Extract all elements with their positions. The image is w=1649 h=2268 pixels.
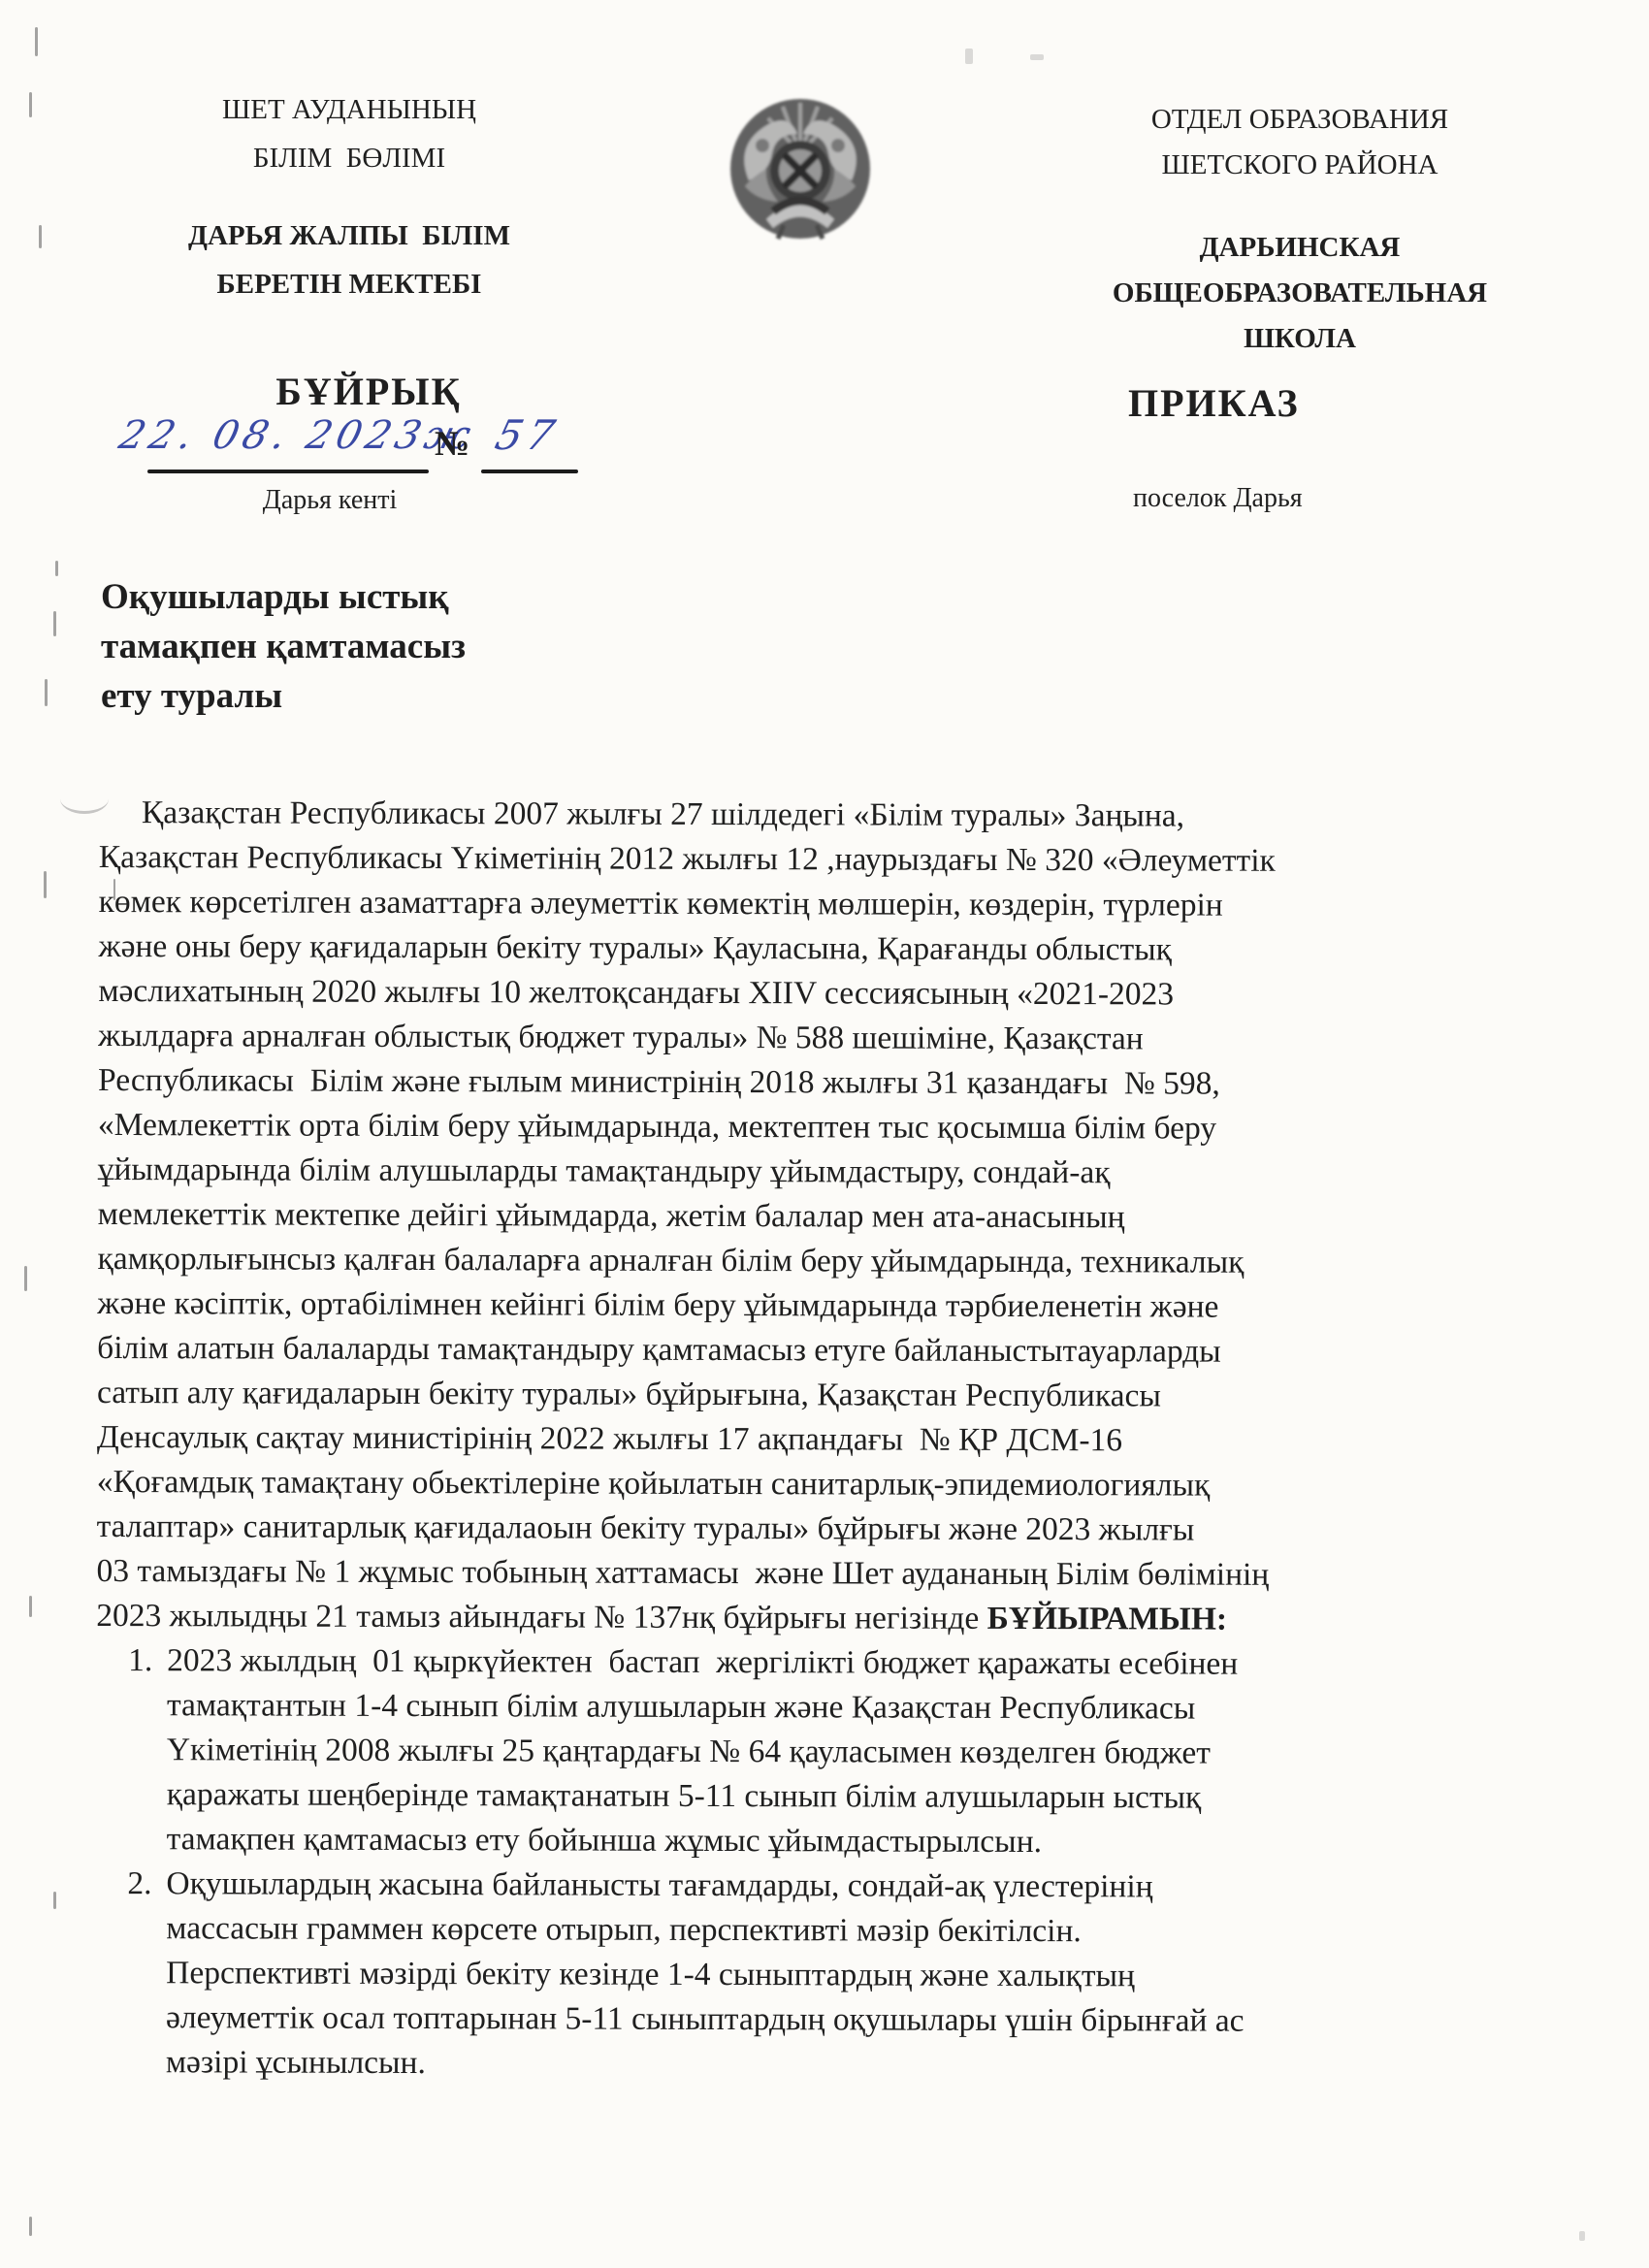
body-line: талаптар» санитарлық қағидалаоын бекіту … [97,1505,1573,1554]
item-line: 1.2023 жылдың 01 қыркүйектен бастап жерг… [96,1638,1572,1688]
body-line: «Мемлекеттік орта білім беру ұйымдарында… [98,1103,1574,1152]
order-date-number-row: 22. 08. 2023ж № 57 [97,413,679,481]
school-name-kz-line1: ДАРЬЯ ЖАЛПЫ БІЛІМ [107,211,592,260]
item-line: Үкіметінің 2008 жылғы 25 қаңтардағы № 64… [96,1728,1572,1777]
scan-artifact [35,27,38,56]
body-line: жылдарға арналған облыстық бюджет туралы… [98,1014,1574,1063]
body-line: Денсаулық сақтау министірінің 2022 жылғы… [97,1415,1573,1465]
item-line: тамақпен қамтамасыз ету бойынша жұмыс ұй… [96,1817,1572,1866]
order-item-1: 1.2023 жылдың 01 қыркүйектен бастап жерг… [96,1638,1573,1866]
body-line: 03 тамыздағы № 1 жұмыс тобының хаттамасы… [96,1549,1572,1599]
body-line: мемлекеттік мектепке дейігі ұйымдарда, ж… [98,1192,1574,1242]
body-line: және оны беру қағидаларын бекіту туралы»… [98,924,1574,974]
order-item-2: 2.Оқушылардың жасына байланысты тағамдар… [95,1862,1572,2090]
school-name-ru-line1: ДАРЬИНСКАЯ [1023,225,1576,271]
item-line: мәзірі ұсынылсын. [95,2040,1571,2090]
body-line: мәслихатының 2020 жылғы 10 желтоқсандағы… [98,969,1574,1019]
item-text: 2023 жылдың 01 қыркүйектен бастап жергіл… [167,1642,1238,1681]
org-header-kazakh: ШЕТ АУДАНЫНЫҢ БІЛІМ БӨЛІМІ ДАРЬЯ ЖАЛПЫ Б… [107,85,592,308]
body-line: сатып алу қағидаларын бекіту туралы» бұй… [97,1371,1573,1420]
item-line: тамақтантын 1-4 сынып білім алушыларын ж… [96,1683,1572,1733]
body-closing-line: 2023 жылыдңы 21 тамыз айындағы № 137нқ б… [96,1594,1572,1643]
body-line: Республикасы Білім және ғылым министріні… [98,1058,1574,1108]
scan-artifact [45,679,48,706]
date-underline [147,470,429,473]
department-name-ru-line2: ШЕТСКОГО РАЙОНА [1023,143,1576,188]
order-body: Қазақстан Республикасы 2007 жылғы 27 шіл… [95,791,1575,2090]
school-name-ru-line2: ОБЩЕОБРАЗОВАТЕЛЬНАЯ [1023,271,1576,316]
scan-artifact [55,561,58,576]
body-line: қамқорлығынсыз қалған балаларға арналған… [97,1237,1573,1286]
scan-artifact [24,1266,27,1291]
subject-line: ету туралы [101,671,466,721]
scan-artifact [965,49,973,64]
body-line: ұйымдарында білім алушыларды тамақтандыр… [98,1148,1574,1197]
body-line: көмек көрсетілген азаматтарға әлеуметтік… [99,880,1575,929]
department-name-kz-line2: БІЛІМ БӨЛІМІ [107,134,592,182]
item-number: 1. [128,1638,167,1683]
department-name-kz-line1: ШЕТ АУДАНЫНЫҢ [107,85,592,134]
item-line: массасын граммен көрсете отырып, перспек… [95,1906,1571,1956]
scan-artifact [53,611,56,636]
item-line: 2.Оқушылардың жасына байланысты тағамдар… [95,1862,1571,1911]
place-name-kazakh: Дарья кенті [58,485,601,516]
item-text: Оқушылардың жасына байланысты тағамдарды… [166,1865,1152,1904]
body-line: білім алатын балаларды тамақтандыру қамт… [97,1326,1573,1376]
resolution-word: БҰЙЫРАМЫН: [987,1601,1228,1637]
scan-artifact [29,92,32,117]
item-line: Перспективті мәзірді бекіту кезінде 1-4 … [95,1951,1571,2000]
number-underline [481,470,578,473]
school-name-kz-line2: БЕРЕТІН МЕКТЕБІ [107,260,592,308]
order-subject: Оқушыларды ыстық тамақпен қамтамасыз ету… [101,572,466,721]
place-name-russian: поселок Дарья [1133,483,1303,514]
handwritten-order-number: 57 [491,411,565,459]
kazakhstan-emblem-icon [727,91,873,246]
scan-artifact [29,1596,32,1617]
school-name-ru-line3: ШКОЛА [1023,316,1576,362]
scan-artifact [44,871,47,898]
number-sign: № [435,423,469,464]
body-line: Қазақстан Республикасы 2007 жылғы 27 шіл… [99,791,1575,840]
scan-artifact [53,1892,56,1909]
scan-artifact [39,225,42,248]
scan-artifact [1030,54,1044,60]
item-line: қаражаты шеңберінде тамақтанатын 5-11 сы… [96,1772,1572,1822]
body-line: «Қоғамдық тамақтану обьектілеріне қойыла… [97,1460,1573,1509]
org-header-russian: ОТДЕЛ ОБРАЗОВАНИЯ ШЕТСКОГО РАЙОНА ДАРЬИН… [1023,97,1576,362]
subject-line: Оқушыларды ыстық [101,572,466,622]
item-number: 2. [127,1862,166,1906]
body-line: Қазақстан Республикасы Үкіметінің 2012 ж… [99,835,1575,885]
order-title-kazakh: БҰЙРЫҚ [97,369,640,414]
subject-line: тамақпен қамтамасыз [101,622,466,671]
item-line: әлеуметтік осал топтарынан 5-11 сыныптар… [95,1995,1571,2045]
order-title-russian: ПРИКАЗ [1128,380,1300,426]
scan-artifact [29,2217,32,2236]
scan-artifact [1579,2231,1585,2241]
body-line: және кәсіптік, ортабілімнен кейінгі білі… [97,1281,1573,1331]
department-name-ru-line1: ОТДЕЛ ОБРАЗОВАНИЯ [1023,97,1576,143]
closing-text: 2023 жылыдңы 21 тамыз айындағы № 137нқ б… [96,1598,986,1636]
handwritten-date: 22. 08. 2023ж [114,413,479,458]
document-page: ШЕТ АУДАНЫНЫҢ БІЛІМ БӨЛІМІ ДАРЬЯ ЖАЛПЫ Б… [0,0,1649,2268]
